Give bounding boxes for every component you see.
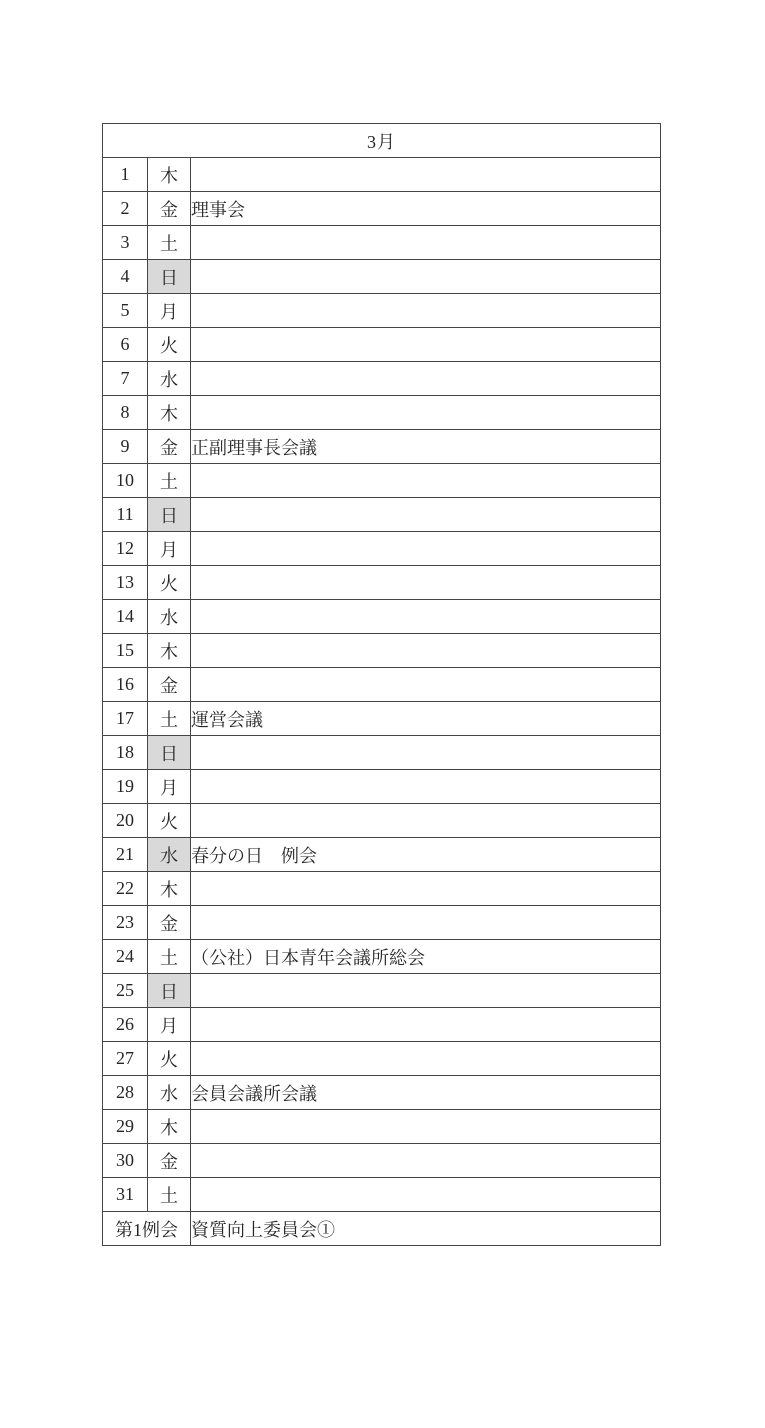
event-text — [191, 872, 661, 906]
day-number: 5 — [103, 294, 148, 328]
weekday-label: 木 — [148, 1110, 191, 1144]
weekday-label: 水 — [148, 362, 191, 396]
day-number: 19 — [103, 770, 148, 804]
day-number: 9 — [103, 430, 148, 464]
weekday-label: 日 — [148, 260, 191, 294]
weekday-label: 水 — [148, 1076, 191, 1110]
table-row: 12月 — [103, 532, 661, 566]
day-number: 25 — [103, 974, 148, 1008]
table-row: 8木 — [103, 396, 661, 430]
weekday-label: 土 — [148, 1178, 191, 1212]
weekday-label: 日 — [148, 736, 191, 770]
event-text: 理事会 — [191, 192, 661, 226]
event-text — [191, 770, 661, 804]
weekday-label: 木 — [148, 396, 191, 430]
table-row: 22木 — [103, 872, 661, 906]
day-number: 15 — [103, 634, 148, 668]
event-text — [191, 328, 661, 362]
weekday-label: 金 — [148, 668, 191, 702]
calendar-body: 1木2金理事会3土4日5月6火7水8木9金正副理事長会議10土11日12月13火… — [103, 158, 661, 1212]
table-row: 1木 — [103, 158, 661, 192]
event-text: （公社）日本青年会議所総会 — [191, 940, 661, 974]
event-text: 正副理事長会議 — [191, 430, 661, 464]
table-row: 14水 — [103, 600, 661, 634]
day-number: 4 — [103, 260, 148, 294]
weekday-label: 木 — [148, 872, 191, 906]
event-text — [191, 532, 661, 566]
event-text — [191, 294, 661, 328]
event-text: 運営会議 — [191, 702, 661, 736]
table-row: 11日 — [103, 498, 661, 532]
march-schedule-table: 3月 1木2金理事会3土4日5月6火7水8木9金正副理事長会議10土11日12月… — [102, 123, 661, 1246]
day-number: 12 — [103, 532, 148, 566]
day-number: 24 — [103, 940, 148, 974]
table-row: 17土運営会議 — [103, 702, 661, 736]
event-text — [191, 906, 661, 940]
weekday-label: 木 — [148, 634, 191, 668]
weekday-label: 月 — [148, 532, 191, 566]
day-number: 23 — [103, 906, 148, 940]
month-title: 3月 — [103, 124, 661, 158]
table-row: 2金理事会 — [103, 192, 661, 226]
day-number: 2 — [103, 192, 148, 226]
weekday-label: 火 — [148, 1042, 191, 1076]
day-number: 10 — [103, 464, 148, 498]
footer-label: 第1例会 — [103, 1212, 191, 1246]
table-row: 7水 — [103, 362, 661, 396]
event-text — [191, 396, 661, 430]
day-number: 26 — [103, 1008, 148, 1042]
day-number: 20 — [103, 804, 148, 838]
event-text — [191, 1042, 661, 1076]
event-text — [191, 226, 661, 260]
event-text — [191, 668, 661, 702]
day-number: 27 — [103, 1042, 148, 1076]
weekday-label: 土 — [148, 702, 191, 736]
weekday-label: 水 — [148, 600, 191, 634]
table-row: 4日 — [103, 260, 661, 294]
day-number: 18 — [103, 736, 148, 770]
table-row: 9金正副理事長会議 — [103, 430, 661, 464]
event-text — [191, 736, 661, 770]
day-number: 1 — [103, 158, 148, 192]
table-row: 29木 — [103, 1110, 661, 1144]
day-number: 14 — [103, 600, 148, 634]
weekday-label: 火 — [148, 804, 191, 838]
day-number: 21 — [103, 838, 148, 872]
table-row: 3土 — [103, 226, 661, 260]
weekday-label: 水 — [148, 838, 191, 872]
table-row: 21水春分の日 例会 — [103, 838, 661, 872]
event-text: 会員会議所会議 — [191, 1076, 661, 1110]
day-number: 13 — [103, 566, 148, 600]
table-row: 28水会員会議所会議 — [103, 1076, 661, 1110]
weekday-label: 土 — [148, 226, 191, 260]
day-number: 31 — [103, 1178, 148, 1212]
weekday-label: 土 — [148, 464, 191, 498]
footer-event: 資質向上委員会① — [191, 1212, 661, 1246]
table-row: 24土（公社）日本青年会議所総会 — [103, 940, 661, 974]
day-number: 28 — [103, 1076, 148, 1110]
table-row: 10土 — [103, 464, 661, 498]
table-row: 23金 — [103, 906, 661, 940]
event-text — [191, 600, 661, 634]
table-row: 15木 — [103, 634, 661, 668]
weekday-label: 金 — [148, 192, 191, 226]
weekday-label: 金 — [148, 430, 191, 464]
event-text — [191, 1144, 661, 1178]
event-text — [191, 804, 661, 838]
day-number: 6 — [103, 328, 148, 362]
event-text: 春分の日 例会 — [191, 838, 661, 872]
table-row: 5月 — [103, 294, 661, 328]
table-row: 25日 — [103, 974, 661, 1008]
table-row: 27火 — [103, 1042, 661, 1076]
event-text — [191, 1178, 661, 1212]
event-text — [191, 566, 661, 600]
weekday-label: 木 — [148, 158, 191, 192]
table-row: 26月 — [103, 1008, 661, 1042]
weekday-label: 日 — [148, 974, 191, 1008]
event-text — [191, 498, 661, 532]
day-number: 16 — [103, 668, 148, 702]
weekday-label: 月 — [148, 770, 191, 804]
day-number: 8 — [103, 396, 148, 430]
event-text — [191, 634, 661, 668]
table-row: 31土 — [103, 1178, 661, 1212]
footer-row: 第1例会 資質向上委員会① — [103, 1212, 661, 1246]
day-number: 3 — [103, 226, 148, 260]
weekday-label: 月 — [148, 294, 191, 328]
weekday-label: 火 — [148, 566, 191, 600]
day-number: 7 — [103, 362, 148, 396]
event-text — [191, 362, 661, 396]
day-number: 22 — [103, 872, 148, 906]
event-text — [191, 1110, 661, 1144]
day-number: 29 — [103, 1110, 148, 1144]
table-row: 13火 — [103, 566, 661, 600]
event-text — [191, 464, 661, 498]
weekday-label: 金 — [148, 906, 191, 940]
weekday-label: 金 — [148, 1144, 191, 1178]
event-text — [191, 158, 661, 192]
day-number: 17 — [103, 702, 148, 736]
table-row: 18日 — [103, 736, 661, 770]
day-number: 11 — [103, 498, 148, 532]
table-row: 16金 — [103, 668, 661, 702]
weekday-label: 月 — [148, 1008, 191, 1042]
weekday-label: 日 — [148, 498, 191, 532]
table-row: 20火 — [103, 804, 661, 838]
table-row: 6火 — [103, 328, 661, 362]
day-number: 30 — [103, 1144, 148, 1178]
table-row: 19月 — [103, 770, 661, 804]
event-text — [191, 260, 661, 294]
weekday-label: 火 — [148, 328, 191, 362]
table-row: 30金 — [103, 1144, 661, 1178]
weekday-label: 土 — [148, 940, 191, 974]
month-header-row: 3月 — [103, 124, 661, 158]
event-text — [191, 1008, 661, 1042]
event-text — [191, 974, 661, 1008]
